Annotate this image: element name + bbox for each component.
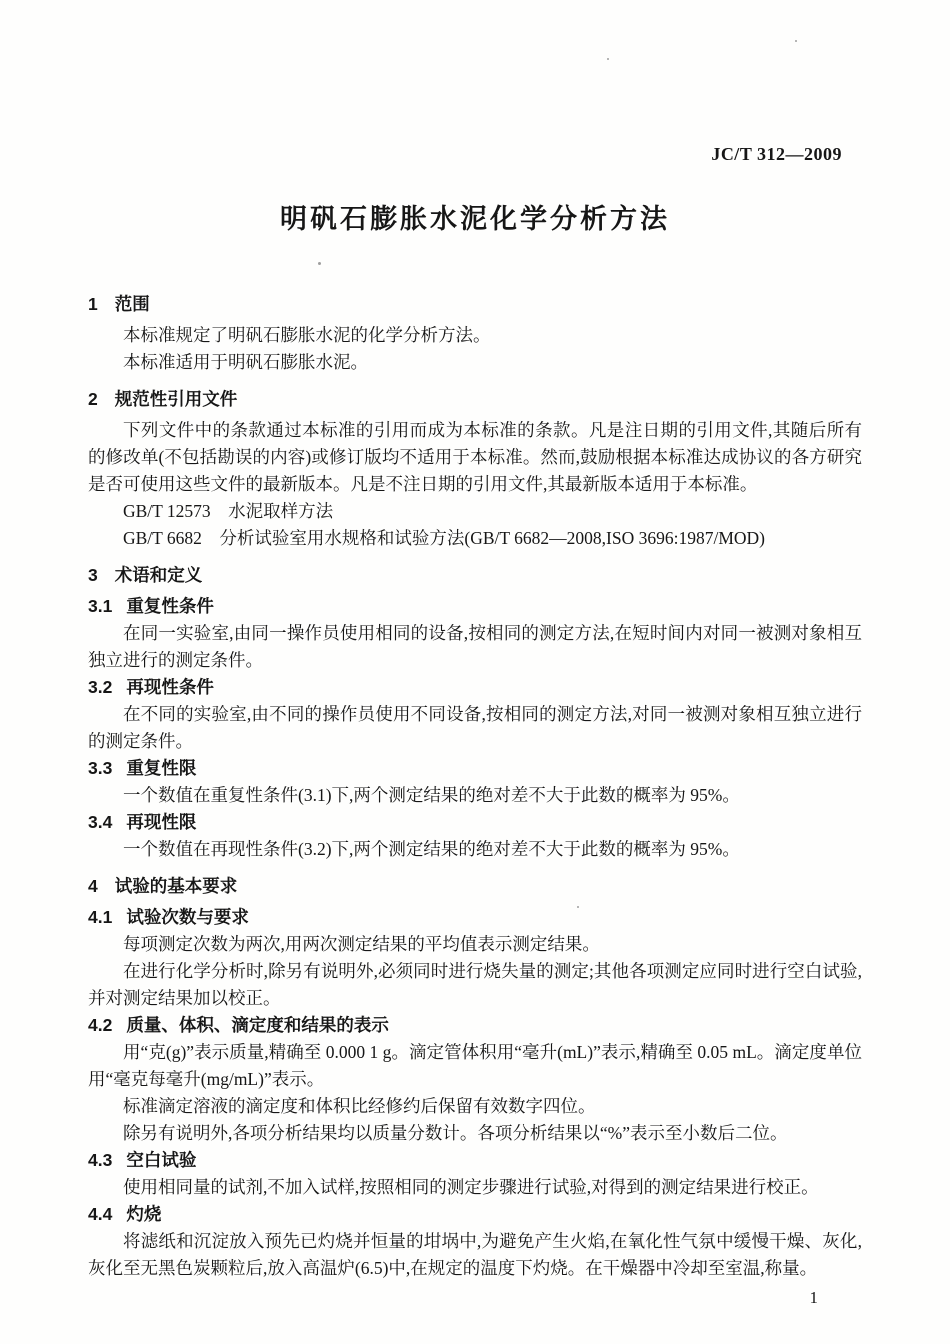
paragraph: 在不同的实验室,由不同的操作员使用不同设备,按相同的测定方法,对同一被测对象相互…: [88, 701, 862, 755]
subsection-number: 3.3: [88, 758, 112, 778]
scan-speckle: [795, 40, 797, 42]
section-title: 试验的基本要求: [115, 876, 238, 896]
section-heading: 3术语和定义: [88, 562, 862, 589]
scan-speckle: [577, 906, 579, 908]
section-number: 1: [88, 294, 98, 314]
subsection-number: 4.1: [88, 907, 112, 927]
document-content: JC/T 312—2009 明矾石膨胀水泥化学分析方法 1范围 本标准规定了明矾…: [88, 0, 862, 1282]
subsection-title: 试验次数与要求: [126, 907, 249, 927]
standard-code: JC/T 312—2009: [88, 0, 862, 165]
scanned-document-page: JC/T 312—2009 明矾石膨胀水泥化学分析方法 1范围 本标准规定了明矾…: [0, 0, 950, 1344]
subsection-title: 重复性限: [126, 758, 196, 778]
subsection-heading: 4.2质量、体积、滴定度和结果的表示: [88, 1012, 862, 1039]
subsection-number: 4.2: [88, 1015, 112, 1035]
subsection-number: 4.3: [88, 1150, 112, 1170]
section-heading: 1范围: [88, 291, 862, 318]
page-number: 1: [810, 1288, 819, 1308]
paragraph: 将滤纸和沉淀放入预先已灼烧并恒量的坩埚中,为避免产生火焰,在氧化性气氛中缓慢干燥…: [88, 1228, 862, 1282]
subsection-heading: 4.1试验次数与要求: [88, 904, 862, 931]
section-heading: 2规范性引用文件: [88, 386, 862, 413]
section-number: 2: [88, 389, 98, 409]
paragraph: 用“克(g)”表示质量,精确至 0.000 1 g。滴定管体积用“毫升(mL)”…: [88, 1039, 862, 1093]
section-title: 规范性引用文件: [115, 389, 238, 409]
subsection-heading: 4.3空白试验: [88, 1147, 862, 1174]
subsection-heading: 3.1重复性条件: [88, 593, 862, 620]
paragraph: 本标准规定了明矾石膨胀水泥的化学分析方法。: [88, 322, 862, 349]
subsection-number: 3.1: [88, 596, 112, 616]
page-title: 明矾石膨胀水泥化学分析方法: [88, 199, 862, 239]
subsection-heading: 4.4灼烧: [88, 1201, 862, 1228]
section-number: 3: [88, 565, 98, 585]
reference-item: GB/T 6682 分析试验室用水规格和试验方法(GB/T 6682—2008,…: [88, 525, 862, 552]
paragraph: 在进行化学分析时,除另有说明外,必须同时进行烧失量的测定;其他各项测定应同时进行…: [88, 958, 862, 1012]
paragraph: 使用相同量的试剂,不加入试样,按照相同的测定步骤进行试验,对得到的测定结果进行校…: [88, 1174, 862, 1201]
subsection-title: 质量、体积、滴定度和结果的表示: [126, 1015, 389, 1035]
paragraph: 一个数值在再现性条件(3.2)下,两个测定结果的绝对差不大于此数的概率为 95%…: [88, 836, 862, 863]
section-title: 范围: [115, 294, 150, 314]
paragraph: 每项测定次数为两次,用两次测定结果的平均值表示测定结果。: [88, 931, 862, 958]
subsection-number: 4.4: [88, 1204, 112, 1224]
subsection-number: 3.4: [88, 812, 112, 832]
subsection-heading: 3.4再现性限: [88, 809, 862, 836]
section-number: 4: [88, 876, 98, 896]
scan-speckle: [607, 58, 609, 60]
subsection-number: 3.2: [88, 677, 112, 697]
paragraph: 在同一实验室,由同一操作员使用相同的设备,按相同的测定方法,在短时间内对同一被测…: [88, 620, 862, 674]
paragraph: 一个数值在重复性条件(3.1)下,两个测定结果的绝对差不大于此数的概率为 95%…: [88, 782, 862, 809]
subsection-heading: 3.3重复性限: [88, 755, 862, 782]
subsection-title: 重复性条件: [126, 596, 214, 616]
subsection-title: 灼烧: [126, 1204, 161, 1224]
paragraph: 除另有说明外,各项分析结果均以质量分数计。各项分析结果以“%”表示至小数后二位。: [88, 1120, 862, 1147]
paragraph: 标准滴定溶液的滴定度和体积比经修约后保留有效数字四位。: [88, 1093, 862, 1120]
subsection-heading: 3.2再现性条件: [88, 674, 862, 701]
paragraph: 本标准适用于明矾石膨胀水泥。: [88, 349, 862, 376]
section-title: 术语和定义: [115, 565, 203, 585]
document-body: 1范围 本标准规定了明矾石膨胀水泥的化学分析方法。 本标准适用于明矾石膨胀水泥。…: [88, 239, 862, 1282]
subsection-title: 再现性条件: [126, 677, 214, 697]
scan-speckle: [318, 262, 321, 265]
reference-item: GB/T 12573 水泥取样方法: [88, 498, 862, 525]
paragraph: 下列文件中的条款通过本标准的引用而成为本标准的条款。凡是注日期的引用文件,其随后…: [88, 417, 862, 498]
subsection-title: 再现性限: [126, 812, 196, 832]
subsection-title: 空白试验: [126, 1150, 196, 1170]
section-heading: 4试验的基本要求: [88, 873, 862, 900]
